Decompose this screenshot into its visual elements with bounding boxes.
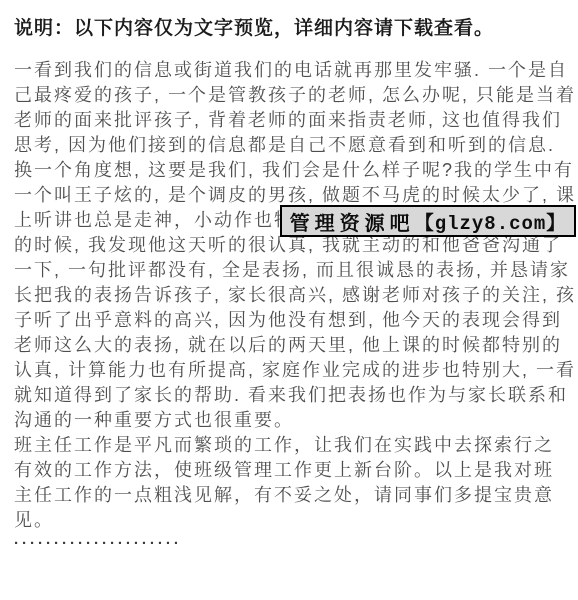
text-line: 老师这么大的表扬, 就在以后的两天里, 他上课的时候都特别的 — [14, 333, 568, 358]
text-line: 一看到我们的信息或街道我们的电话就再那里发牢骚. 一个是自 — [14, 58, 568, 83]
text-line: 就知道得到了家长的帮助. 看来我们把表扬也作为与家长联系和 — [14, 383, 568, 408]
text-line: 班主任工作是平凡而繁琐的工作，让我们在实践中去探索行之 — [14, 433, 568, 458]
ellipsis-dots-row: ····················· — [14, 533, 182, 558]
text-line: 认真, 计算能力也有所提高, 家庭作业完成的进步也特别大, 一看 — [14, 358, 568, 383]
text-line: 老师的面来批评孩子, 背着老师的面来指责老师, 这也值得我们 — [14, 108, 568, 133]
text-line: 子听了出乎意料的高兴, 因为他没有想到, 他今天的表现会得到 — [14, 308, 568, 333]
watermark-site-name: 管理资源吧 — [290, 207, 415, 236]
text-line: 有效的工作方法，使班级管理工作更上新台阶。以上是我对班 — [14, 458, 568, 483]
text-line: 沟通的一种重要方式也很重要。 — [14, 408, 568, 433]
text-line: 见。 — [14, 508, 568, 533]
text-line: 长把我的表扬告诉孩子, 家长很高兴, 感谢老师对孩子的关注, 孩 — [14, 283, 568, 308]
watermark-site-url: 【glzy8.com】 — [415, 208, 567, 235]
text-line: 思考, 因为他们接到的信息都是自己不愿意看到和听到的信息. — [14, 133, 568, 158]
preview-text: 一看到我们的信息或街道我们的电话就再那里发牢骚. 一个是自己最疼爱的孩子, 一个… — [14, 58, 568, 533]
text-line: 换一个角度想, 这要是我们, 我们会是什么样子呢?我的学生中有 — [14, 158, 568, 183]
text-line: 主任工作的一点粗浅见解，有不妥之处，请同事们多提宝贵意 — [14, 483, 568, 508]
text-line: 一下, 一句批评都没有, 全是表扬, 而且很诚恳的表扬, 并恳请家 — [14, 258, 568, 283]
text-line: 己最疼爱的孩子, 一个是管教孩子的老师, 怎么办呢, 只能是当着 — [14, 83, 568, 108]
text-preview-page: 说明：以下内容仅为文字预览，详细内容请下载查看。 一看到我们的信息或街道我们的电… — [0, 0, 578, 600]
watermark-badge: 管理资源吧 【glzy8.com】 — [280, 205, 576, 237]
preview-notice: 说明：以下内容仅为文字预览，详细内容请下载查看。 — [14, 15, 568, 43]
